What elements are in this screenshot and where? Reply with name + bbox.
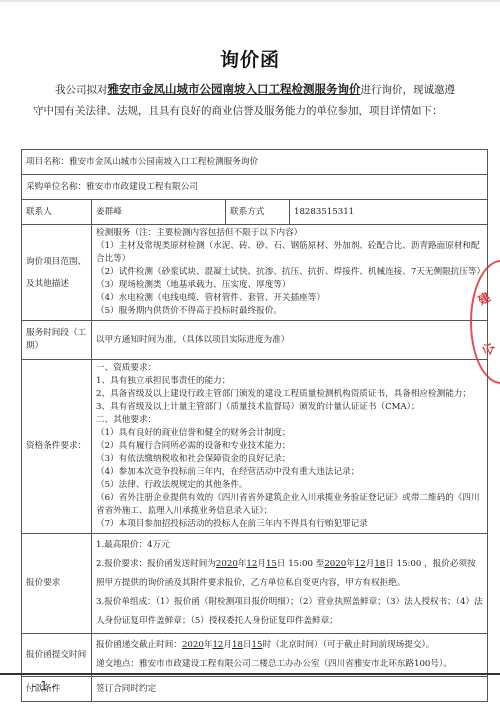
qualification-line: （1）具有良好的商业信誉和健全的财务会计制度； bbox=[96, 427, 483, 440]
qualification-line: 2、具备省级及以上建设行政主管部门颁发的建设工程质量检测机构资质证书，具备相应检… bbox=[96, 388, 483, 401]
phone-value: 18283515311 bbox=[290, 200, 488, 225]
scope-content: 检测服务（注：主要检测内容包括但不限于以下内容） （1）主材及常规类原材检测（水… bbox=[92, 225, 488, 321]
submission-content: 报价函递交截止时间：2020年12月18日15时（北京时间）（可于截止时间前现场… bbox=[92, 634, 488, 677]
scope-line: （3）现场检测类（地基承载力、压实度、厚度等） bbox=[96, 279, 483, 292]
qualification-line: 3、具有省级及以上计量主管部门（质量技术监督局）颁发的计量认证证书（CMA）； bbox=[96, 401, 483, 414]
intro-paragraph: 我公司拟对雅安市金凤山城市公园南坡入口工程检测服务询价进行询价，现诚邀遵守中国有… bbox=[33, 79, 465, 122]
top-edge bbox=[0, 0, 500, 2]
qualification-line: （2）具有履行合同所必需的设备和专业技术能力； bbox=[96, 440, 483, 453]
phone-label: 联系方式 bbox=[226, 200, 290, 225]
scope-line: （2）试件检测（砂浆试块、混凝土试快、抗渗、抗压、抗折、焊接件、机械连接、7天无… bbox=[96, 266, 483, 279]
quote-requirements-label: 报价要求 bbox=[22, 534, 92, 634]
scope-line: （4）水电检测（电线电缆、管材管件、套管、开关插座等） bbox=[96, 292, 483, 305]
submission-location: 递交地点：雅安市市政建设工程有限公司二楼总工办办公室（四川省雅安市北环东路100… bbox=[96, 655, 483, 674]
quote-window: 2.报价要求：报价函发送时间为2020年12月15日 15:00 至2020年1… bbox=[96, 555, 483, 593]
contact-label: 联系人 bbox=[22, 200, 92, 225]
deadline-year: 2020 bbox=[182, 640, 204, 650]
footer-rule bbox=[0, 673, 500, 675]
start-year: 2020 bbox=[216, 559, 238, 569]
purchaser-cell: 采购单位名称：雅安市市政建设工程有限公司 bbox=[22, 175, 488, 200]
end-year: 2020 bbox=[324, 559, 346, 569]
qualification-line: （5）法律、行政法规规定的其他条件。 bbox=[96, 479, 483, 492]
qualification-line: （4）参加本次竞争投标前三年内，在经营活动中没有重大违法记录； bbox=[96, 466, 483, 479]
submission-deadline: 报价函递交截止时间：2020年12月18日15时（北京时间）（可于截止时间前现场… bbox=[96, 636, 483, 655]
qualification-line: （7）本项目参加招投标活动的投标人在前三年内不得具有行贿犯罪记录 bbox=[96, 518, 483, 531]
qualification-line: 1、具有独立承担民事责任的能力； bbox=[96, 375, 483, 388]
max-price: 1.最高限价：4万元 bbox=[96, 536, 483, 555]
qualification-line: （3）有依法缴纳税收和社会保障资金的良好记录； bbox=[96, 453, 483, 466]
end-month: 12 bbox=[355, 559, 366, 569]
deadline-month: 12 bbox=[212, 640, 223, 650]
start-day: 15 bbox=[266, 559, 277, 569]
payment-terms-value: 签订合同时约定 bbox=[92, 677, 488, 702]
intro-project-name: 雅安市金凤山城市公园南坡入口工程检测服务询价 bbox=[108, 82, 361, 96]
submission-time-label: 报价函提交时间 bbox=[22, 634, 92, 677]
qualification-content: 一、资质要求： 1、具有独立承担民事责任的能力； 2、具备省级及以上建设行政主管… bbox=[92, 360, 488, 534]
intro-prefix: 我公司拟对 bbox=[55, 84, 108, 96]
quote-composition: 3.报价单组成：（1）报价函（附检测项目报价明细）；（2）营业执照盖鲜章；（3）… bbox=[96, 593, 483, 631]
qualification-line: 一、资质要求： bbox=[96, 362, 483, 375]
scope-label: 询价项目范围、及其他描述 bbox=[22, 225, 92, 321]
scope-line: （5）服务期内供货价不得高于投标时最终报价。 bbox=[96, 305, 483, 318]
deadline-day: 18 bbox=[232, 640, 243, 650]
deadline-hour: 15 bbox=[252, 640, 263, 650]
scope-line: 检测服务（注：主要检测内容包括但不限于以下内容） bbox=[96, 227, 483, 240]
service-period-label: 服务时间段（工期） bbox=[22, 321, 92, 360]
document-title: 询价函 bbox=[0, 45, 500, 72]
quote-requirements-content: 1.最高限价：4万元 2.报价要求：报价函发送时间为2020年12月15日 15… bbox=[92, 534, 488, 634]
end-day: 18 bbox=[374, 559, 385, 569]
inquiry-table: 项目名称：雅安市金凤山城市公园南坡入口工程检测服务询价 采购单位名称：雅安市市政… bbox=[21, 149, 488, 702]
page-number: - 1 - bbox=[32, 679, 56, 693]
start-month: 12 bbox=[246, 559, 257, 569]
contact-value: 姜群峰 bbox=[92, 200, 226, 225]
scope-line: （1）主材及常规类原材检测（水泥、砖、砂、石、钢筋原材、外加剂、砼配合比、沥青路… bbox=[96, 240, 483, 266]
qualification-line: 二、其他要求： bbox=[96, 414, 483, 427]
project-name-cell: 项目名称：雅安市金凤山城市公园南坡入口工程检测服务询价 bbox=[22, 150, 488, 175]
qualification-line: （6）省外注册企业提供有效的《四川省省外建筑企业入川承揽业务验证登记证》或带二维… bbox=[96, 492, 483, 518]
service-period-value: 以甲方通知时间为准，（具体以项目实际进度为准） bbox=[92, 321, 488, 360]
qualification-label: 资格条件要求： bbox=[22, 360, 92, 534]
